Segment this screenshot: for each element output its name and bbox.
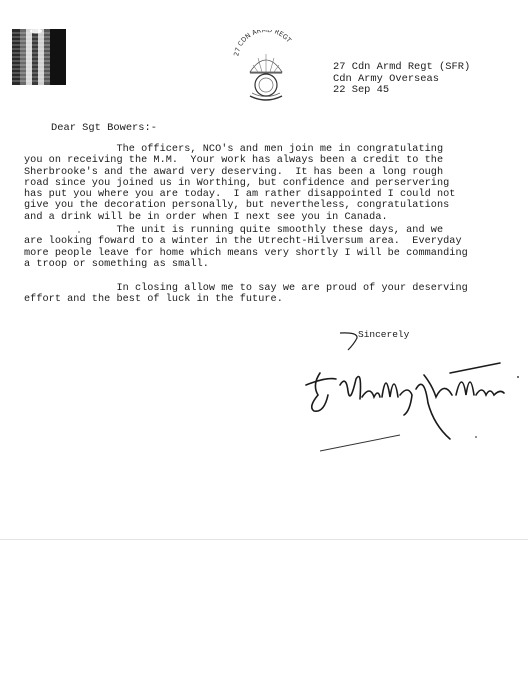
address-line-unit: 27 Cdn Armd Regt (SFR) (333, 62, 470, 74)
sender-address: 27 Cdn Armd Regt (SFR)Cdn Army Overseas2… (333, 62, 470, 97)
closing-sincerely: Sincerely (358, 329, 409, 340)
scan-artifact-line (0, 539, 528, 540)
paragraph-unit-news: The unit is running quite smoothly these… (24, 225, 524, 270)
letter-date: 22 Sep 45 (333, 85, 470, 97)
paragraph-congratulations: The officers, NCO's and men join me in c… (24, 144, 524, 223)
regimental-crest-icon: 27 CDN ARMD REGT (228, 30, 304, 106)
paragraph-closing: In closing allow me to say we are proud … (24, 283, 524, 306)
stray-mark (78, 231, 80, 233)
signature (300, 355, 528, 455)
svg-text:27 CDN ARMD REGT: 27 CDN ARMD REGT (232, 30, 292, 57)
medal-ribbon-icon (10, 27, 68, 87)
salutation: Dear Sgt Bowers:- (51, 122, 157, 134)
pen-stroke-mark (338, 330, 362, 352)
